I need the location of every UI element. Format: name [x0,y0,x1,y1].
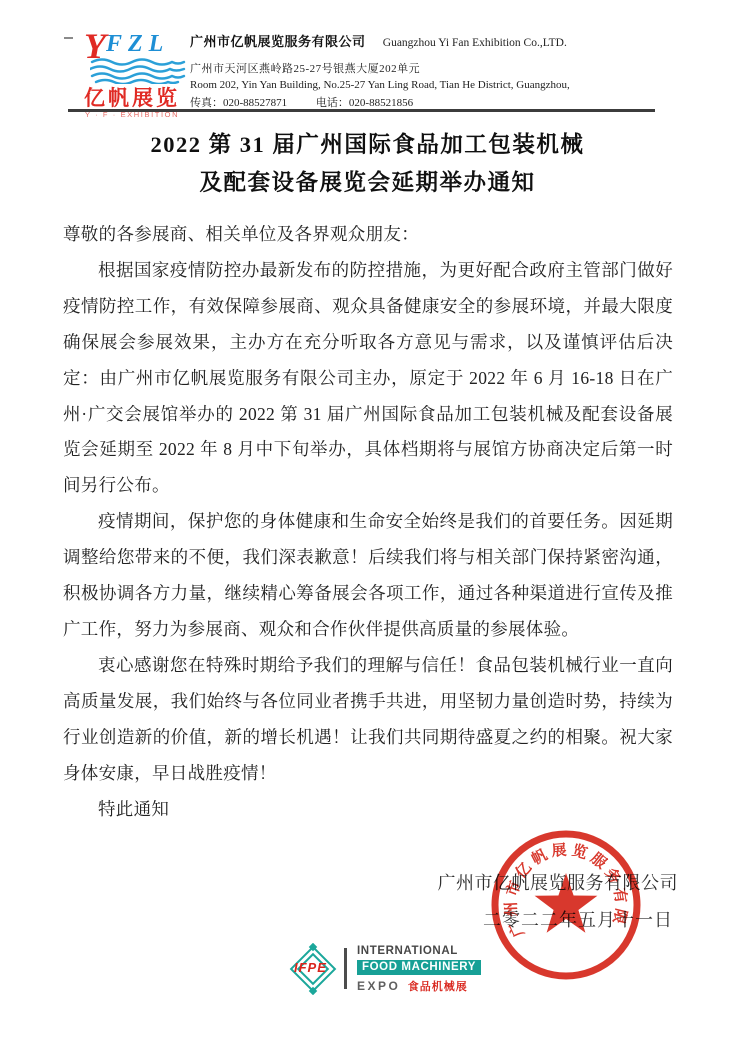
fax-number: 传真：020-88527871 [190,97,287,109]
ifpe-divider-bar [344,948,347,989]
company-seal-stamp: 广州市亿帆展览服务有限公司 [483,822,649,988]
document-title-line2: 及配套设备展览会延期举办通知 [0,164,735,202]
seal-star-icon [535,873,598,933]
company-address-cn: 广州市天河区燕岭路25-27号银燕大厦202单元 [190,60,670,76]
ifpe-abbr-text: IFPE [294,960,327,975]
company-address-en: Room 202, Yin Yan Building, No.25-27 Yan… [190,79,670,91]
ifpe-expo-logo: IFPE INTERNATIONAL FOOD MACHINERY EXPO 食… [287,941,497,999]
waves-icon [90,58,186,84]
letterhead-info: 广州市亿帆展览服务有限公司 Guangzhou Yi Fan Exhibitio… [190,31,670,110]
ifpe-expo-text-cn: 食品机械展 [408,981,468,993]
company-contacts: 传真：020-88527871 电话：020-88521856 [190,94,670,110]
ifpe-line-international: INTERNATIONAL [357,945,481,957]
paragraph-2: 疫情期间，保护您的身体健康和生命安全始终是我们的首要任务。因延期调整给您带来的不… [63,504,673,648]
salutation: 尊敬的各参展商、相关单位及各界观众朋友： [63,217,673,253]
document-title: 2022 第 31 届广州国际食品加工包装机械 及配套设备展览会延期举办通知 [0,126,735,202]
company-name-en: Guangzhou Yi Fan Exhibition Co.,LTD. [383,37,567,49]
ifpe-line-expo: EXPO 食品机械展 [357,978,481,994]
ifpe-wordmark: INTERNATIONAL FOOD MACHINERY EXPO 食品机械展 [357,945,481,994]
notice-body: 尊敬的各参展商、相关单位及各界观众朋友： 根据国家疫情防控办最新发布的防控措施，… [63,217,673,827]
ifpe-line-food-machinery: FOOD MACHINERY [357,960,481,975]
ifpe-expo-text: EXPO [357,979,400,993]
company-logo: Y FZL 亿帆展览 Y · F · EXHIBITION [84,26,192,118]
paragraph-1: 根据国家疫情防控办最新发布的防控措施，为更好配合政府主管部门做好疫情防控工作，有… [63,253,673,504]
letterhead-company-line: 广州市亿帆展览服务有限公司 Guangzhou Yi Fan Exhibitio… [190,31,670,50]
logo-letters-fzl: FZL [106,32,169,56]
logo-company-short-name: 亿帆展览 [84,82,180,112]
header-divider [68,109,655,112]
document-title-line1: 2022 第 31 届广州国际食品加工包装机械 [0,126,735,164]
company-name-cn: 广州市亿帆展览服务有限公司 [190,34,366,49]
paragraph-3: 衷心感谢您在特殊时期给予我们的理解与信任！食品包装机械行业一直向高质量发展，我们… [63,648,673,792]
phone-number: 电话：020-88521856 [316,97,413,109]
scan-artifact-dash [64,37,73,39]
